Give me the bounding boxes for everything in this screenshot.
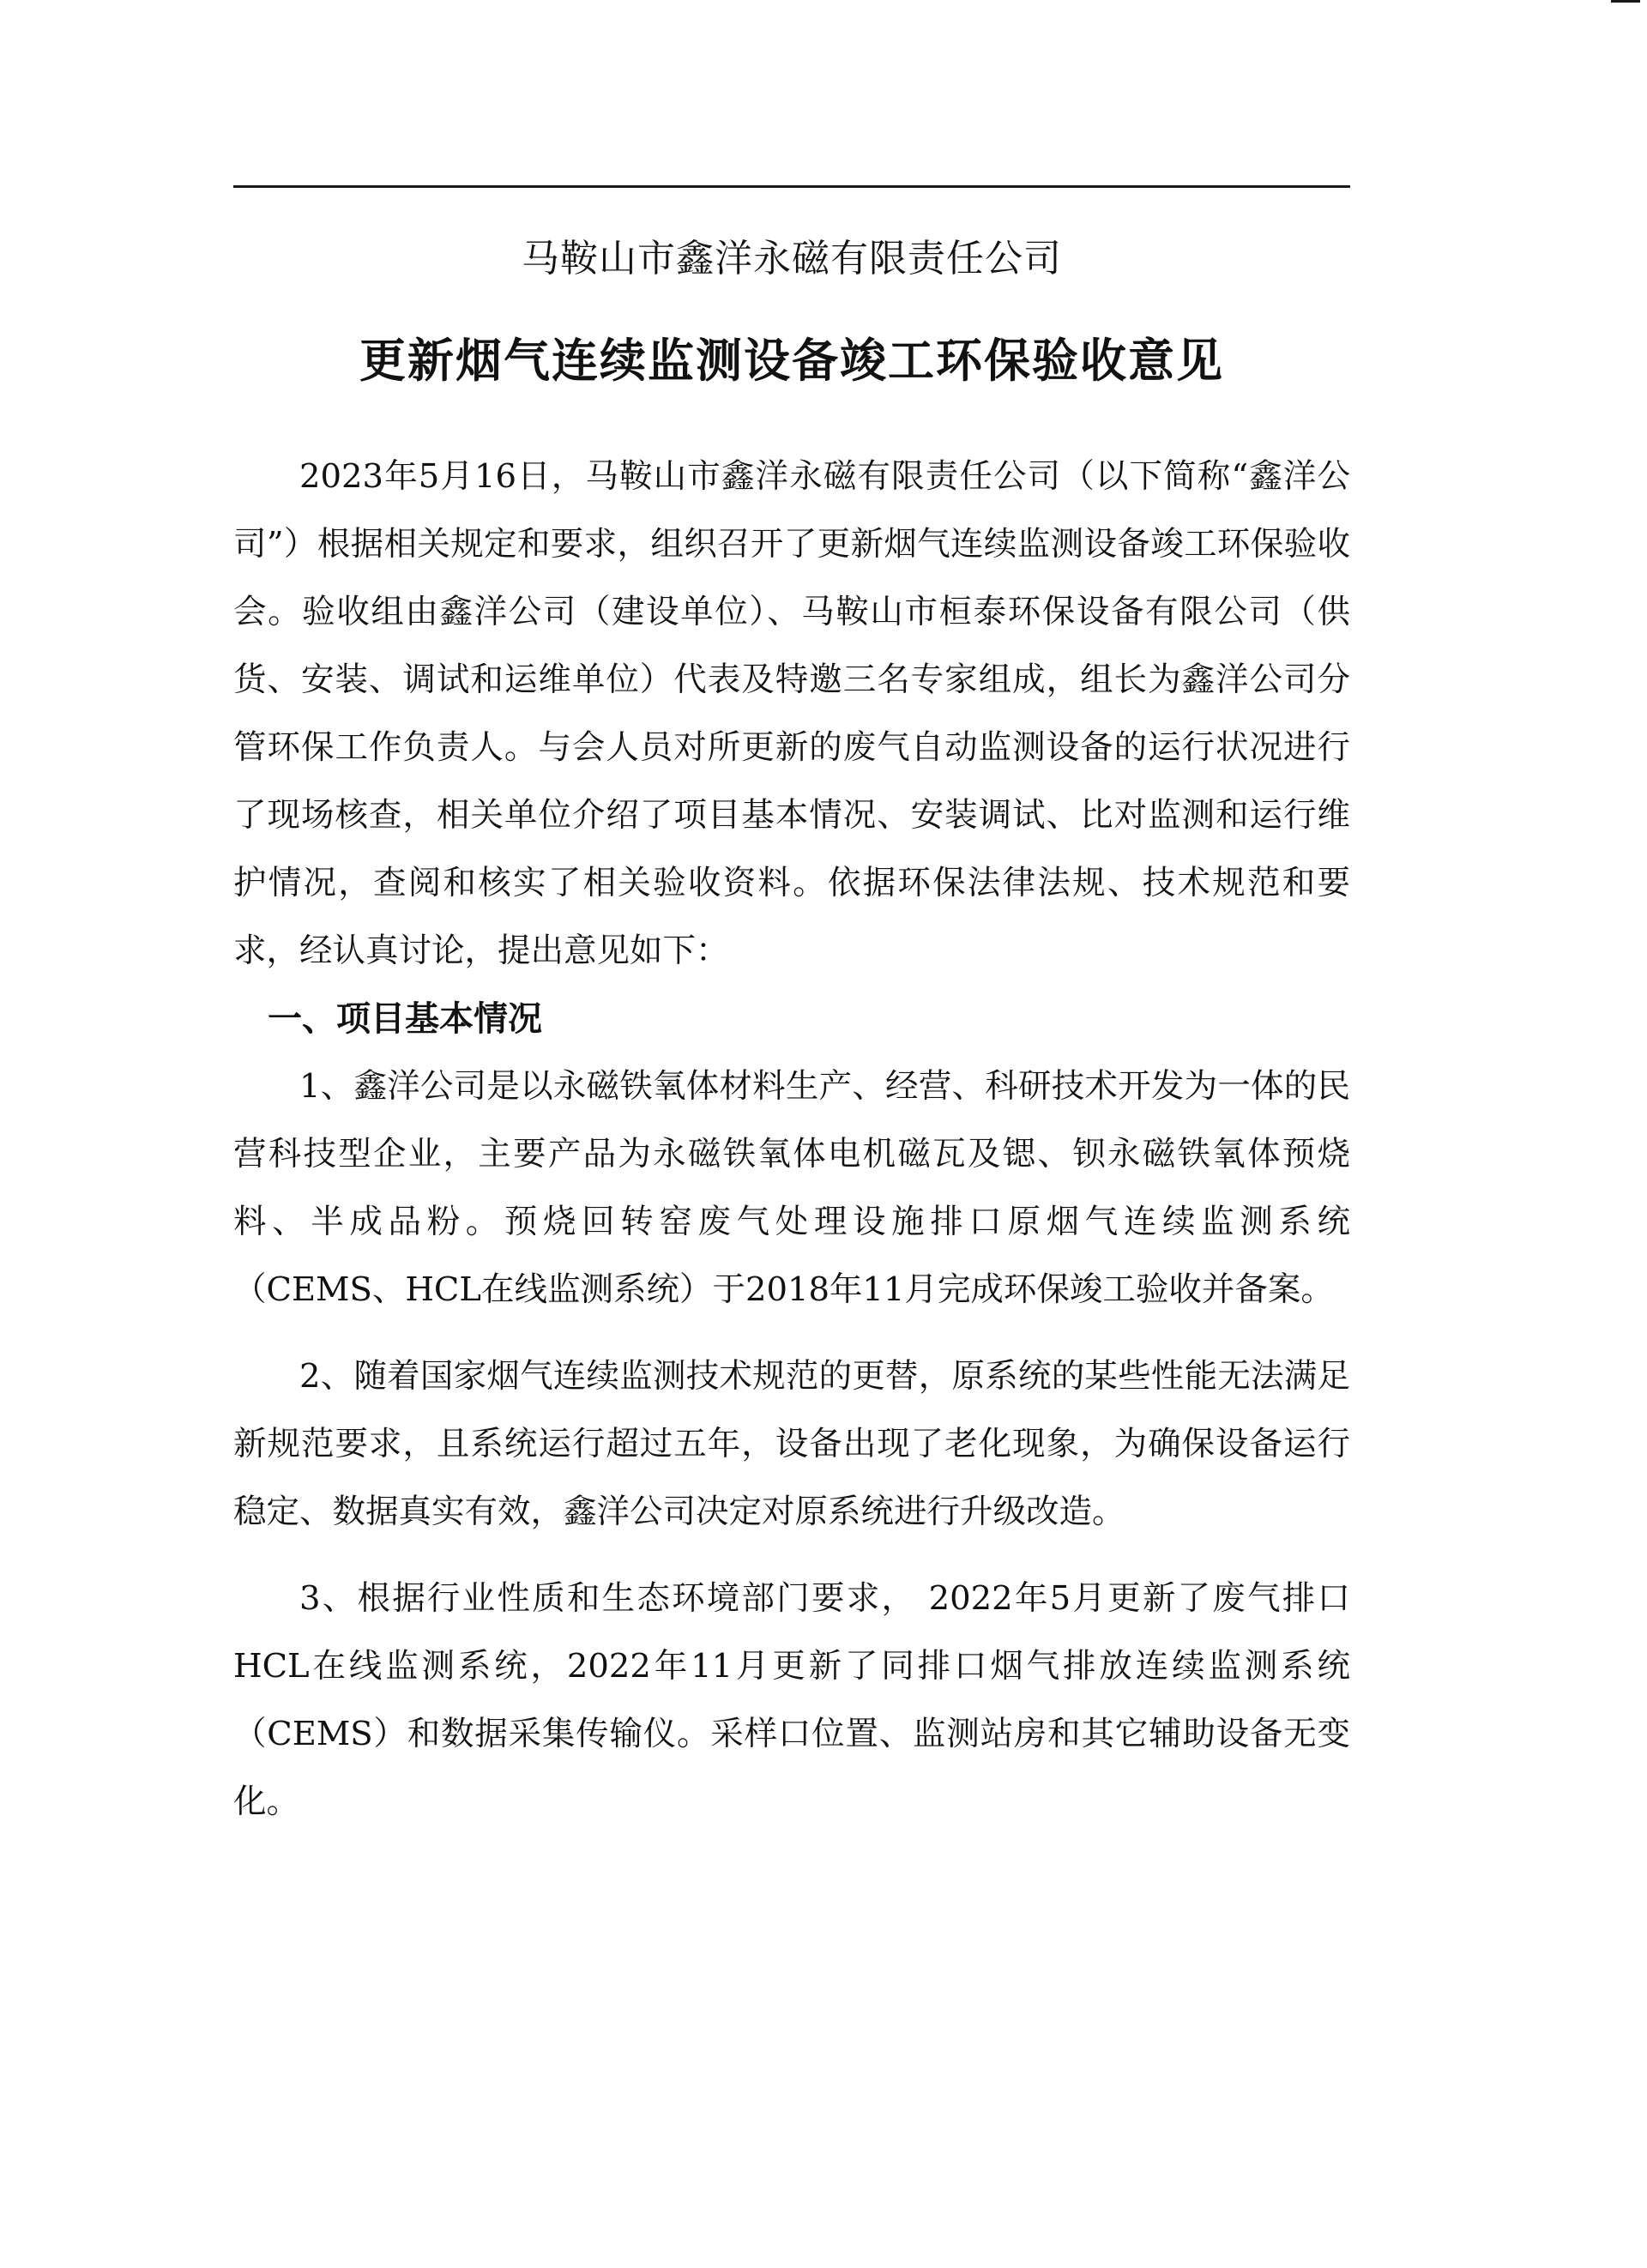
document-title: 更新烟气连续监测设备竣工环保验收意见 (233, 329, 1350, 391)
section-paragraph-3: 3、根据行业性质和生态环境部门要求， 2022年5月更新了废气排口HCL在线监测… (233, 1565, 1350, 1836)
scan-edge-mark (1611, 0, 1640, 3)
document-body: 2023年5月16日，马鞍山市鑫洋永磁有限责任公司（以下简称“鑫洋公司”）根据相… (233, 443, 1350, 1836)
section-heading: 一、项目基本情况 (233, 985, 1350, 1053)
section-paragraph-1: 1、鑫洋公司是以永磁铁氧体材料生产、经营、科研技术开发为一体的民营科技型企业，主… (233, 1053, 1350, 1324)
section-paragraph-2: 2、随着国家烟气连续监测技术规范的更替，原系统的某些性能无法满足新规范要求，且系… (233, 1342, 1350, 1546)
paragraph-gap (233, 1324, 1350, 1342)
header-rule (233, 185, 1350, 188)
paragraph-gap (233, 1546, 1350, 1565)
company-name: 马鞍山市鑫洋永磁有限责任公司 (233, 233, 1350, 285)
intro-paragraph: 2023年5月16日，马鞍山市鑫洋永磁有限责任公司（以下简称“鑫洋公司”）根据相… (233, 443, 1350, 985)
